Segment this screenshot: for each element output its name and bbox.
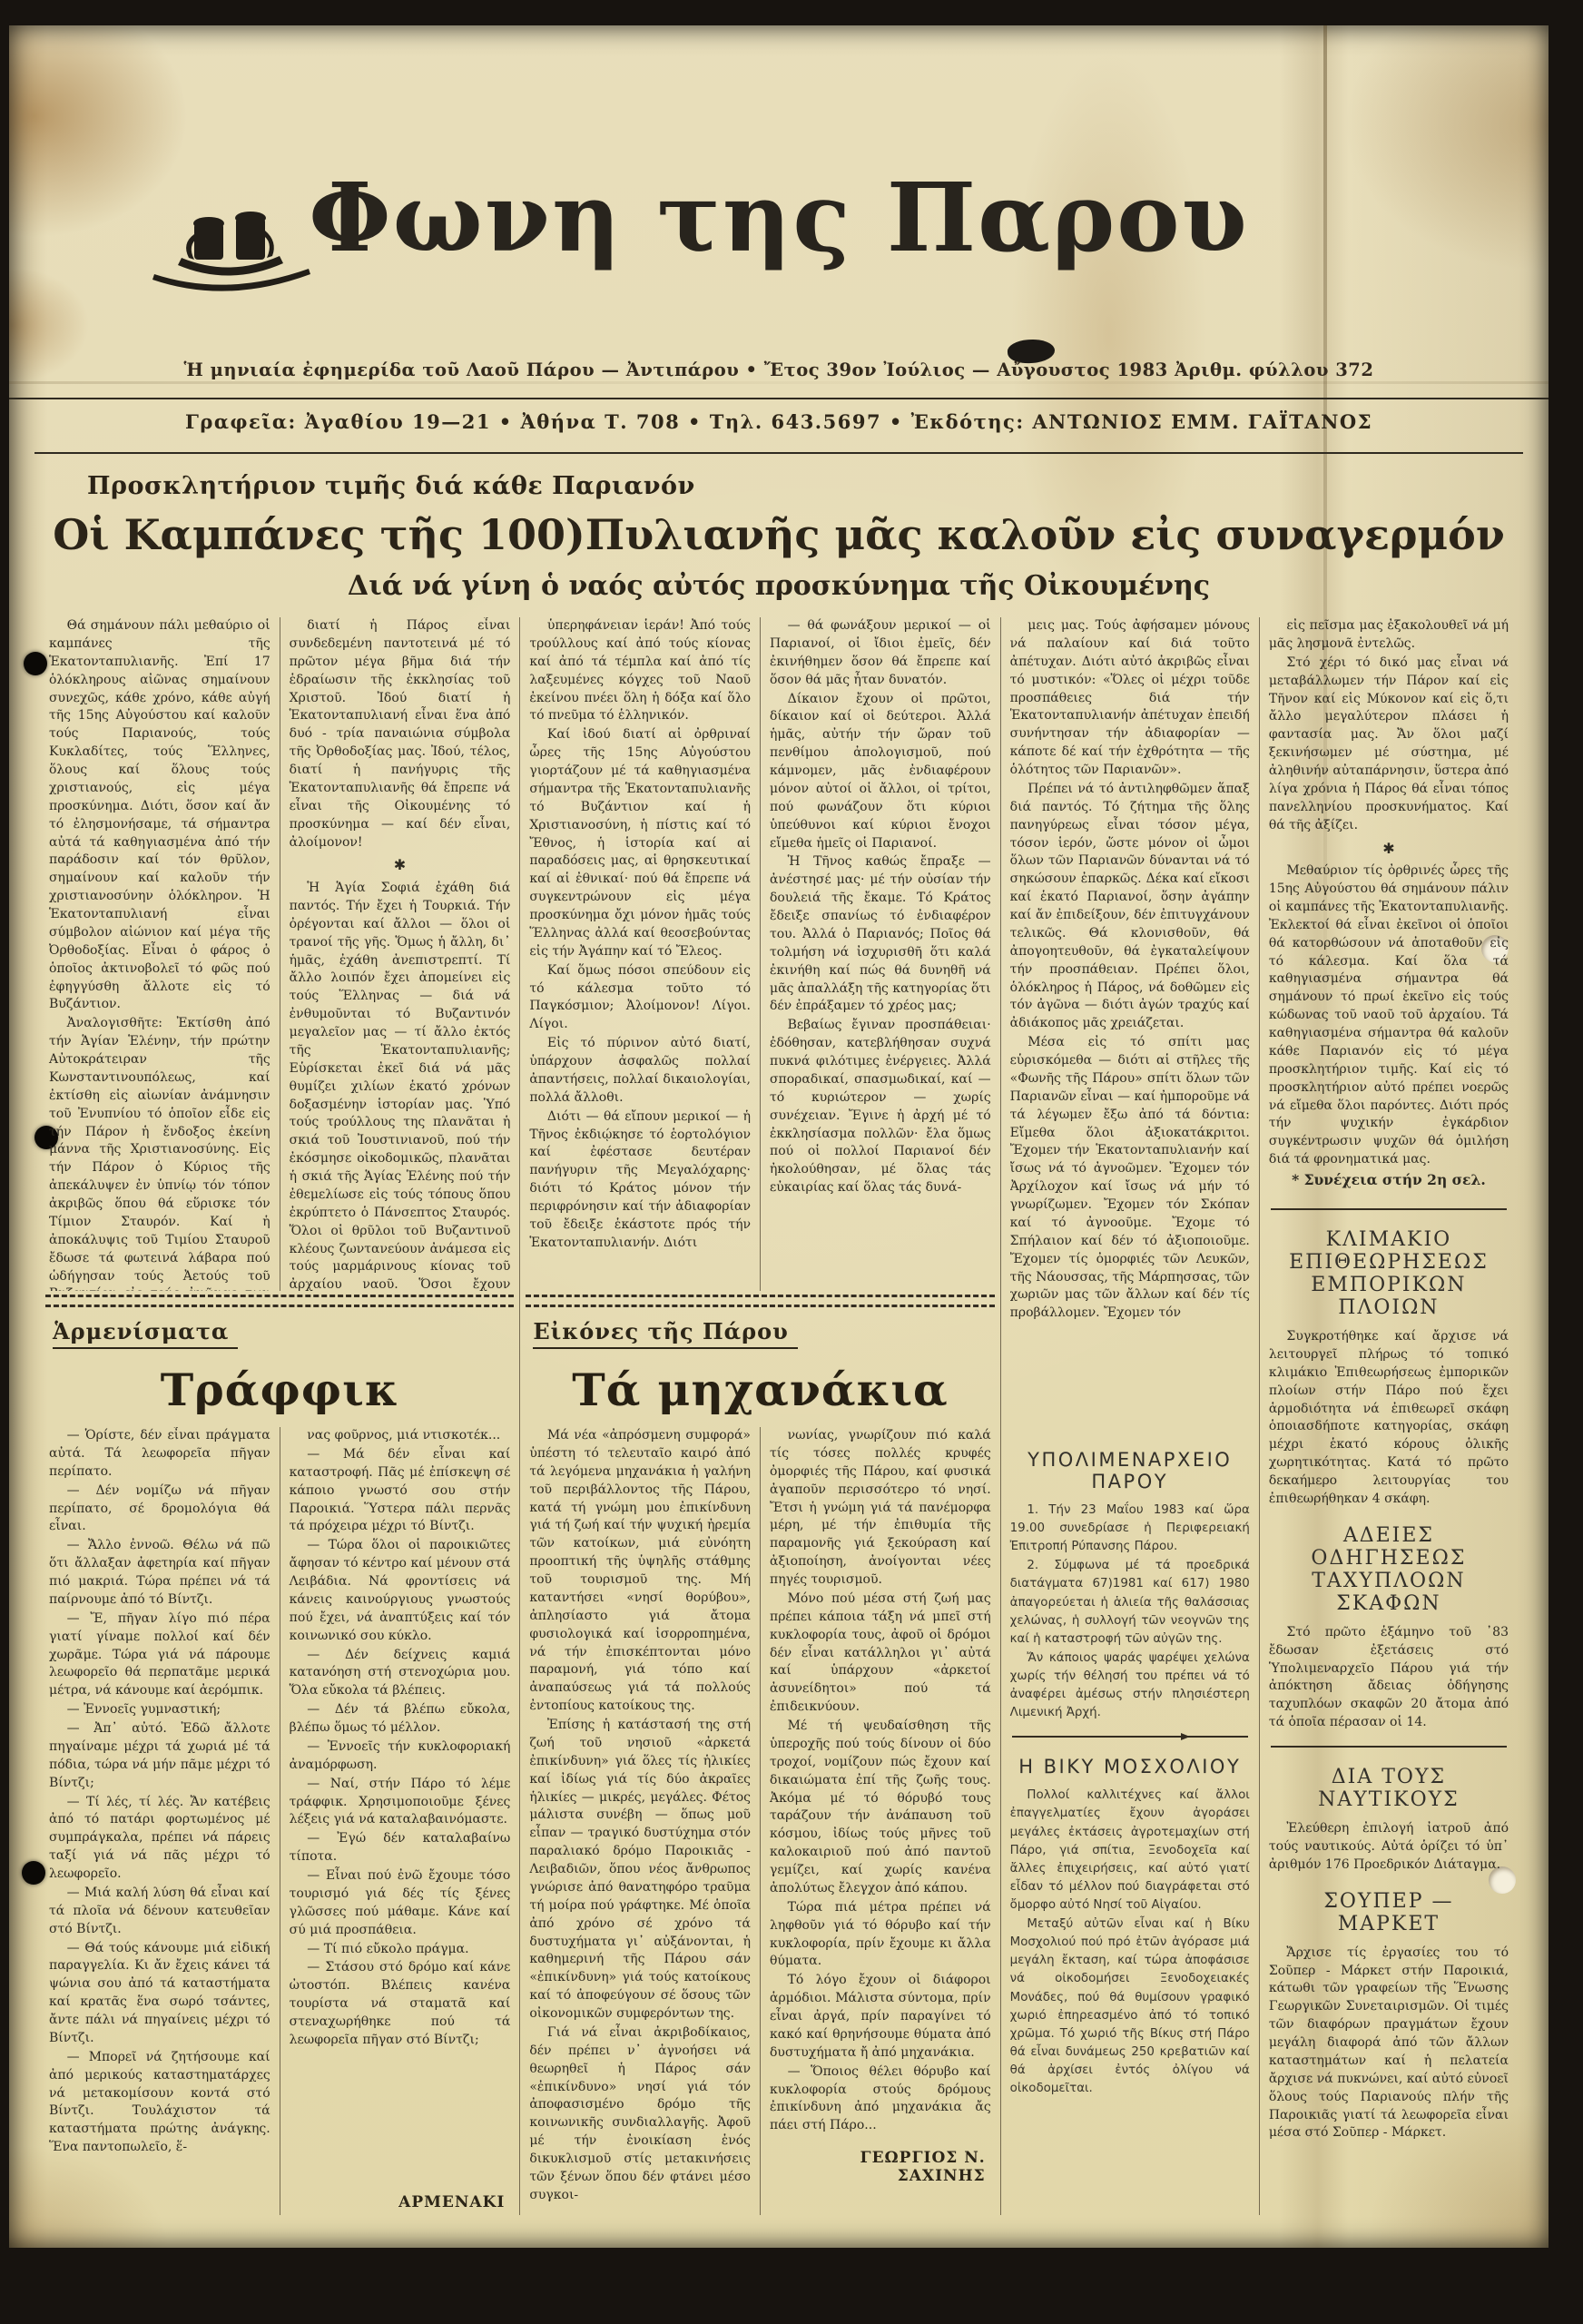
ypolimenarxeio-body: 1. Τήν 23 Μαΐου 1983 καί ὥρα 19.00 συνεδ…	[1010, 1502, 1250, 1723]
signature-saxinis: ΓΕΩΡΓΙΟΣ Ν. ΣΑΧΙΝΗΣ	[770, 2142, 991, 2189]
column-group-left: Θά σημάνουν πάλι μεθαύριο οἱ καμπάνες τῆ…	[40, 617, 519, 2215]
lead-article-col-5: μεις μας. Τούς ἀφήσαμεν μόνους νά παλαίο…	[1010, 617, 1250, 1434]
lead-kicker: Προσκλητήριον τιμῆς διά κάθε Παριανόν	[87, 472, 695, 500]
viky-body: Πολλοί καλλιτέχνες καί ἄλλοι ἐπαγγελματί…	[1010, 1787, 1250, 2099]
souper-body: Ἄρχισε τίς ἐργασίες του τό Σοῦπερ - Μάρκ…	[1269, 1945, 1509, 2144]
paper-crease-horizontal	[9, 381, 1549, 384]
section-label-eikones: Εἰκόνες τῆς Πάρου	[533, 1318, 797, 1349]
section-rule	[1012, 1736, 1248, 1738]
article-divider	[526, 1295, 994, 1307]
mixanakia-col-2: νωνίας, γνωρίζουν πιό καλά τίς τόσες πολ…	[760, 1427, 1000, 2215]
lead-article-col-3: ὑπερηφάνειαν ἱεράν! Ἀπό τούς τρούλλους κ…	[520, 617, 760, 1291]
heading-viky-mosxoliou: Η ΒΙΚΥ ΜΟΣΧΟΛΙΟΥ	[1010, 1756, 1250, 1777]
heading-ypolimenarxeio: ΥΠΟΛΙΜΕΝΑΡΧΕΙΟ ΠΑΡΟΥ	[1010, 1449, 1250, 1492]
traffic-col-1: — Ὁρίστε, δέν εἶναι πράγματα αὐτά. Τά λε…	[40, 1427, 280, 2215]
article-title-mixanakia: Τά μηχανάκια	[520, 1364, 999, 1416]
article-mixanakia: Εἰκόνες τῆς Πάρου Τά μηχανάκια Μά νέα «ἀ…	[520, 1291, 999, 2215]
section-rule	[1271, 1208, 1507, 1210]
article-traffic-cols: — Ὁρίστε, δέν εἶναι πράγματα αὐτά. Τά λε…	[40, 1427, 519, 2215]
heading-adeies: ΑΔΕΙΕΣ ΟΔΗΓΗΣΕΩΣ ΤΑΧΥΠΛΟΩΝ ΣΚΑΦΩΝ	[1269, 1524, 1509, 1615]
page-columns: Θά σημάνουν πάλι μεθαύριο οἱ καμπάνες τῆ…	[40, 617, 1518, 2215]
masthead-rule	[9, 398, 1549, 399]
lead-subheadline: Διά νά γίνη ὁ ναός αὐτός προσκύνημα τῆς …	[9, 570, 1549, 602]
traffic-col-2: νας φοῦρνος, μιά ντισκοτέκ...— Μά δέν εἶ…	[280, 1427, 520, 2215]
adeies-body: Στό πρῶτο ἑξάμηνο τοῦ ᾽83 ἔδωσαν ἐξετάσε…	[1269, 1624, 1509, 1733]
lead-article-col-4: — θά φωνάξουν μερικοί — οἱ Παριανοί, οἱ …	[760, 617, 1000, 1291]
article-traffic: Ἁρμενίσματα Τράφφικ — Ὁρίστε, δέν εἶναι …	[40, 1291, 519, 2215]
lead-article-col-2: διατί ἡ Πάρος εἶναι συνδεδεμένη παντοτει…	[280, 617, 520, 1291]
klimakio-body: Συγκροτήθηκε καί ἄρχισε νά λειτουργεῖ πλ…	[1269, 1328, 1509, 1510]
lead-article-cols-3-4: ὑπερηφάνειαν ἱεράν! Ἀπό τούς τρούλλους κ…	[520, 617, 999, 1291]
column-6: εἰς πεῖσμα μας ἐξακολουθεῖ νά μή μᾶς λησ…	[1259, 617, 1518, 2215]
masthead-subtitle: Ἡ μηνιαία ἐφημερίδα τοῦ Λαοῦ Πάρου — Ἀντ…	[9, 359, 1549, 380]
screenshot-root: { "masthead": { "title": "Φωνη της Παρου…	[0, 0, 1583, 2324]
lead-article-col-6: εἰς πεῖσμα μας ἐξακολουθεῖ νά μή μᾶς λησ…	[1269, 617, 1509, 1169]
heading-souper-market: ΣΟΥΠΕΡ — ΜΑΡΚΕΤ	[1269, 1890, 1509, 1935]
mixanakia-col-1: Μά νέα «ἀπρόσμενη συμφορά» ὑπέστη τό τελ…	[520, 1427, 760, 2215]
masthead-offices: Γραφεῖα: Ἀγαθίου 19—21 • Ἀθήνα Τ. 708 • …	[9, 410, 1549, 433]
traffic-col-2-text: νας φοῦρνος, μιά ντισκοτέκ...— Μά δέν εἶ…	[290, 1427, 511, 2051]
article-divider	[45, 1295, 514, 1307]
article-title-traffic: Τράφφικ	[40, 1364, 519, 1416]
lead-headline: Οἱ Καμπάνες τῆς 100)Πυλιανῆς μᾶς καλοῦν …	[9, 510, 1549, 559]
newspaper-title: Φωνη της Παρου	[9, 162, 1549, 273]
heading-naytikoys: ΔΙΑ ΤΟΥΣ ΝΑΥΤΙΚΟΥΣ	[1269, 1766, 1509, 1811]
column-group-middle: ὑπερηφάνειαν ἱεράν! Ἀπό τούς τρούλλους κ…	[519, 617, 999, 2215]
signature-armenaki: ΑΡΜΕΝΑΚΙ	[290, 2186, 511, 2215]
naytikoys-body: Ἐλεύθερη ἐπιλογή ἰατροῦ ἀπό τούς ναυτικο…	[1269, 1820, 1509, 1876]
lead-article-cols-1-2: Θά σημάνουν πάλι μεθαύριο οἱ καμπάνες τῆ…	[40, 617, 519, 1291]
masthead-rule	[34, 452, 1523, 454]
newspaper-page: Φωνη της Παρου Ἡ μηνιαία ἐφημερίδα τοῦ Λ…	[9, 25, 1549, 2248]
lead-article-col-1: Θά σημάνουν πάλι μεθαύριο οἱ καμπάνες τῆ…	[40, 617, 280, 1291]
article-mixanakia-cols: Μά νέα «ἀπρόσμενη συμφορά» ὑπέστη τό τελ…	[520, 1427, 999, 2215]
section-rule	[1271, 1746, 1507, 1748]
section-label-armenismata: Ἁρμενίσματα	[53, 1318, 238, 1349]
mixanakia-col-2-text: νωνίας, γνωρίζουν πιό καλά τίς τόσες πολ…	[770, 1427, 991, 2136]
column-5: μεις μας. Τούς ἀφήσαμεν μόνους νά παλαίο…	[1000, 617, 1259, 2215]
heading-klimakio: ΚΛΙΜΑΚΙΟ ΕΠΙΘΕΩΡΗΣΕΩΣ ΕΜΠΟΡΙΚΩΝ ΠΛΟΙΩΝ	[1269, 1228, 1509, 1319]
continued-notice: * Συνέχεια στήν 2η σελ.	[1269, 1171, 1509, 1188]
